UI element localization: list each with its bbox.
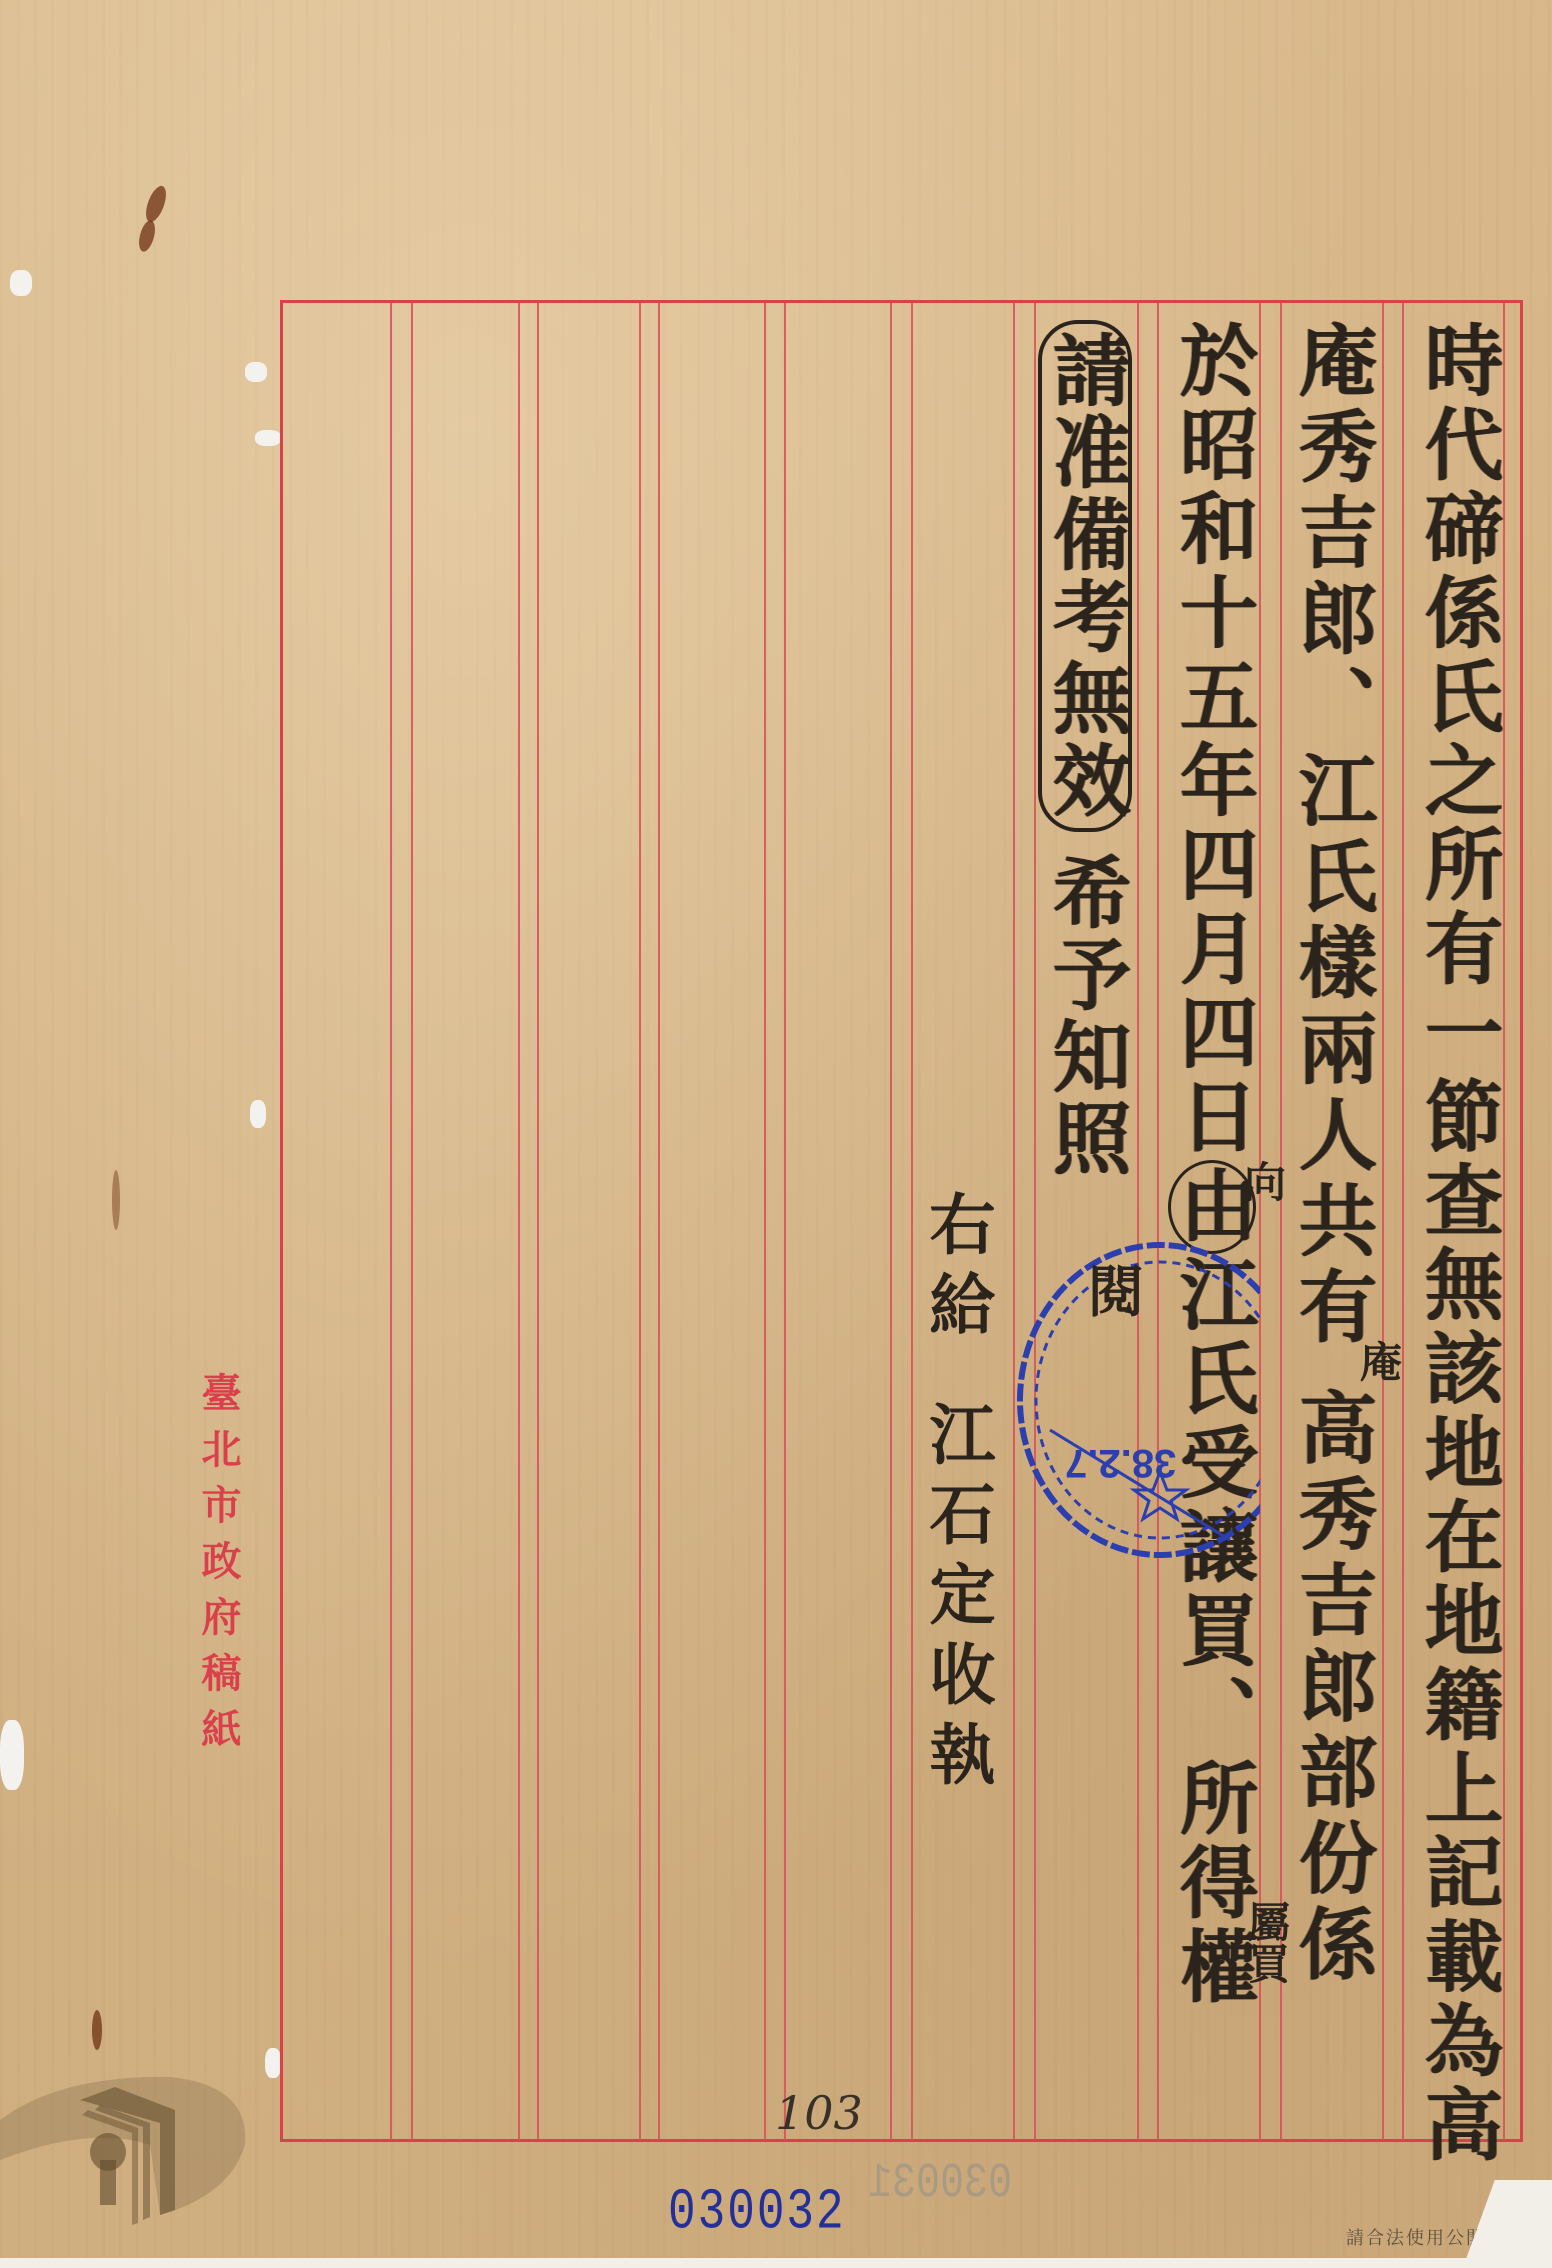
serial-number: 030032 [668,2180,846,2245]
ruled-line [1013,303,1015,2140]
ruled-line [639,303,641,2140]
rust-stain [136,219,158,254]
ruled-line [1382,303,1384,2140]
ruled-line [1157,303,1159,2140]
stamp-date: 38.2.7 [1065,1440,1176,1485]
ruled-line [658,303,660,2140]
binding-hole [265,2048,281,2078]
rust-stain [142,183,170,224]
ruled-line [1402,303,1404,2140]
document-sheet: 臺北市政府稿紙 時代碲係氏之所有一節查無該地在地籍上記載為高 庵秀吉郎、江氏樣兩… [0,0,1552,2258]
struck-through-text: 請准備考無效 [1038,320,1132,832]
body-column-4-end: 希予知照 [1046,852,1124,1180]
ruled-line [537,303,539,2140]
ruled-line [1034,303,1036,2140]
form-title: 臺北市政府稿紙 [190,1372,247,1764]
ruled-line [890,303,892,2140]
binding-hole [250,1100,266,1128]
binding-hole [245,362,267,382]
stamp-read-mark: 閱 [1072,1262,1152,1318]
body-column-3: 於昭和十五年四月四日由江氏受讓買、所得權 [1168,320,1256,2010]
ruled-line [518,303,520,2140]
binding-hole [255,430,281,446]
ruled-line [411,303,413,2140]
rust-stain [112,1170,120,1230]
recipient-name: 江石定 [910,1400,1005,1640]
ruled-line [1137,303,1139,2140]
binding-hole [0,1720,24,1790]
page-number: 103 [775,2086,863,2140]
binding-hole [10,270,32,296]
recipient-line: 右給江石定收執 [910,1190,1005,1800]
archive-logo-icon [0,2065,250,2225]
recipient-suffix: 收執 [918,1640,996,1800]
annotation-an: 庵 [1348,1340,1408,1382]
ruled-line [764,303,766,2140]
body-column-1: 時代碲係氏之所有一節查無該地在地籍上記載為高 [1418,320,1496,2168]
ruled-line [1259,303,1261,2140]
torn-corner [1462,2180,1552,2258]
serial-number-bleed-through: 030031 [868,2158,1012,2212]
ruled-line [390,303,392,2140]
body-column-2: 庵秀吉郎、江氏樣兩人共有 高秀吉郎部份係 [1292,320,1370,1989]
rust-stain [92,2010,102,2050]
body-column-4: 請准備考無效希予知照 [1038,320,1132,1180]
body-column-3-start: 於昭和十五年四月四日 [1167,320,1258,1160]
ruled-line [1280,303,1282,2140]
ruled-line [1503,303,1505,2140]
recipient-prefix: 右給 [918,1190,996,1350]
ruled-line [784,303,786,2140]
